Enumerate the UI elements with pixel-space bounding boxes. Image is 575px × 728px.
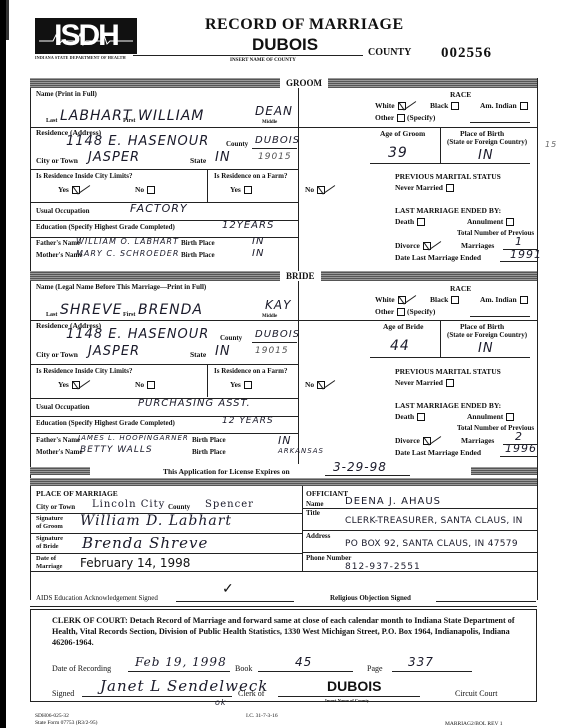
checkbox-icon[interactable] (244, 186, 252, 194)
groom-city-limits-no[interactable]: No (135, 185, 155, 194)
checkbox-checked-icon[interactable] (72, 186, 80, 194)
clerk-county[interactable]: DUBOIS (327, 678, 381, 694)
checkbox-icon[interactable] (446, 184, 454, 192)
officiant-name[interactable]: DEENA J. AHAUS (345, 496, 441, 507)
checkbox-icon[interactable] (397, 114, 405, 122)
aids-check-mark[interactable]: ✓ (222, 581, 234, 598)
bride-annulment[interactable]: Annulment (467, 412, 514, 421)
place-county[interactable]: Spencer (205, 499, 254, 510)
groom-farm-yes[interactable]: Yes (230, 185, 252, 194)
scan-edge-mark (6, 0, 9, 40)
county-caption: INSERT NAME OF COUNTY (230, 58, 296, 63)
groom-county[interactable]: DUBOIS (255, 135, 300, 146)
clerk-initials: ok (215, 698, 227, 707)
bride-first-name[interactable]: BRENDA (138, 302, 203, 318)
groom-section-bar: GROOM (30, 78, 537, 88)
groom-race-white[interactable]: White (375, 101, 406, 110)
checkbox-icon[interactable] (147, 186, 155, 194)
groom-mother-birthplace[interactable]: IN (252, 248, 264, 259)
checkbox-icon[interactable] (446, 379, 454, 387)
bride-section-bar: BRIDE (30, 271, 537, 281)
bride-city[interactable]: JASPER (88, 344, 140, 359)
bride-margin-note: 19015 (255, 346, 289, 356)
bride-mother-birthplace[interactable]: ARKANSAS (278, 447, 324, 455)
form-title: RECORD OF MARRIAGE (205, 16, 404, 34)
bride-city-limits-no[interactable]: No (135, 380, 155, 389)
groom-date-last-ended[interactable]: 1991 (510, 248, 542, 261)
checkbox-icon[interactable] (520, 296, 528, 304)
checkbox-icon[interactable] (417, 413, 425, 421)
groom-father-birthplace[interactable]: IN (252, 236, 264, 247)
license-expires-label: This Application for License Expires on (163, 467, 290, 476)
bride-occupation[interactable]: PURCHASING ASST. (138, 398, 251, 409)
officiant-address[interactable]: PO BOX 92, SANTA CLAUS, IN 47579 (345, 539, 518, 549)
license-bar-left (30, 467, 90, 475)
bride-father-name[interactable]: JAMES L. HOOPINGARNER (78, 434, 189, 442)
groom-race-am-indian[interactable]: Am. Indian (480, 101, 528, 110)
groom-age[interactable]: 39 (388, 145, 408, 161)
marriage-date[interactable]: February 14, 1998 (80, 556, 190, 570)
officiant-phone[interactable]: 812-937-2551 (345, 562, 421, 572)
county-label: COUNTY (368, 47, 411, 58)
groom-never-married[interactable]: Never Married (395, 183, 454, 192)
bride-state[interactable]: IN (215, 344, 231, 359)
groom-side-note: 15 (545, 140, 557, 149)
groom-city[interactable]: JASPER (88, 150, 140, 165)
groom-divorce[interactable]: Divorce (395, 241, 431, 250)
county-name[interactable]: DUBOIS (252, 35, 318, 55)
groom-signature[interactable]: William D. Labhart (80, 513, 232, 529)
groom-last-name[interactable]: LABHART (60, 108, 132, 124)
bride-middle-name[interactable]: KAY (265, 298, 291, 312)
groom-margin-note: 19015 (258, 152, 292, 162)
bride-signature[interactable]: Brenda Shreve (82, 534, 208, 552)
checkbox-icon[interactable] (417, 218, 425, 226)
groom-death[interactable]: Death (395, 217, 425, 226)
bride-father-birthplace[interactable]: IN (278, 434, 291, 447)
state-form: State Form 07753 (R3/2-95) (35, 720, 97, 727)
checkbox-checked-icon[interactable] (317, 381, 325, 389)
ic-reference: I.C. 31-7-3-16 (246, 713, 278, 719)
groom-marriages-count[interactable]: 1 (515, 235, 523, 248)
place-city[interactable]: Lincoln City (92, 499, 165, 510)
checkbox-icon[interactable] (397, 308, 405, 316)
groom-mother-name[interactable]: MARY C. SCHROEDER (76, 249, 179, 258)
checkbox-icon[interactable] (244, 381, 252, 389)
checkbox-checked-icon[interactable] (423, 437, 431, 445)
place-section-bar (30, 478, 537, 486)
checkbox-icon[interactable] (451, 102, 459, 110)
bride-city-limits-yes[interactable]: Yes (58, 380, 80, 389)
bride-divorce[interactable]: Divorce (395, 436, 431, 445)
clerk-instructions: CLERK OF COURT: Detach Record of Marriag… (52, 615, 522, 648)
groom-father-name[interactable]: WILLIAM O. LABHART (76, 237, 179, 246)
license-bar-right (471, 467, 537, 475)
groom-occupation[interactable]: FACTORY (130, 202, 188, 215)
book-number[interactable]: 45 (295, 655, 312, 669)
bride-age[interactable]: 44 (390, 338, 410, 354)
bride-death[interactable]: Death (395, 412, 425, 421)
bride-farm-no[interactable]: No (305, 380, 325, 389)
bride-race-black[interactable]: Black (430, 295, 459, 304)
checkbox-checked-icon[interactable] (398, 296, 406, 304)
bride-birthplace[interactable]: IN (478, 341, 494, 356)
groom-residence[interactable]: 1148 E. HASENOUR (66, 134, 209, 149)
checkbox-checked-icon[interactable] (423, 242, 431, 250)
groom-first-name[interactable]: WILLIAM (138, 108, 204, 124)
groom-birthplace[interactable]: IN (478, 148, 494, 163)
ekg-line-icon (39, 32, 133, 46)
groom-race-other[interactable]: Other (Specify) (375, 113, 435, 122)
form-code: SDH06-025-32 (35, 713, 97, 720)
bride-county[interactable]: DUBOIS (255, 329, 300, 340)
checkbox-checked-icon[interactable] (398, 102, 406, 110)
checkbox-icon[interactable] (147, 381, 155, 389)
recording-date[interactable]: Feb 19, 1998 (135, 655, 227, 669)
bride-residence[interactable]: 1148 E. HASENOUR (66, 327, 209, 342)
bride-race-white[interactable]: White (375, 295, 406, 304)
record-number: 002556 (441, 45, 492, 62)
bride-farm-yes[interactable]: Yes (230, 380, 252, 389)
groom-state[interactable]: IN (215, 150, 231, 165)
bride-race-am-indian[interactable]: Am. Indian (480, 295, 528, 304)
bride-race-other[interactable]: Other (Specify) (375, 307, 435, 316)
groom-annulment[interactable]: Annulment (467, 217, 514, 226)
checkbox-icon[interactable] (506, 413, 514, 421)
bride-last-name[interactable]: SHREVE (60, 302, 122, 318)
license-expires-date[interactable]: 3-29-98 (333, 460, 387, 474)
groom-race-black[interactable]: Black (430, 101, 459, 110)
groom-farm-no[interactable]: No (305, 185, 325, 194)
checkbox-icon[interactable] (506, 218, 514, 226)
page-number[interactable]: 337 (408, 655, 434, 669)
isdh-logo: ISDH INDIANA STATE DEPARTMENT OF HEALTH (35, 18, 137, 63)
bride-date-last-ended[interactable]: 1996 (505, 442, 537, 455)
checkbox-icon[interactable] (451, 296, 459, 304)
groom-education[interactable]: 12YEARS (222, 220, 274, 231)
form-id: MARRIAG2/BOL REV 1 (445, 721, 502, 727)
officiant-title[interactable]: CLERK-TREASURER, SANTA CLAUS, IN (345, 516, 523, 526)
bride-mother-name[interactable]: BETTY WALLS (80, 445, 153, 455)
groom-middle-name[interactable]: DEAN (255, 104, 293, 118)
bride-education[interactable]: 12 YEARS (222, 416, 274, 426)
checkbox-checked-icon[interactable] (72, 381, 80, 389)
bride-never-married[interactable]: Never Married (395, 378, 454, 387)
checkbox-checked-icon[interactable] (317, 186, 325, 194)
logo-subtitle: INDIANA STATE DEPARTMENT OF HEALTH (35, 55, 137, 60)
checkbox-icon[interactable] (520, 102, 528, 110)
groom-city-limits-yes[interactable]: Yes (58, 185, 80, 194)
scan-edge (0, 0, 6, 728)
